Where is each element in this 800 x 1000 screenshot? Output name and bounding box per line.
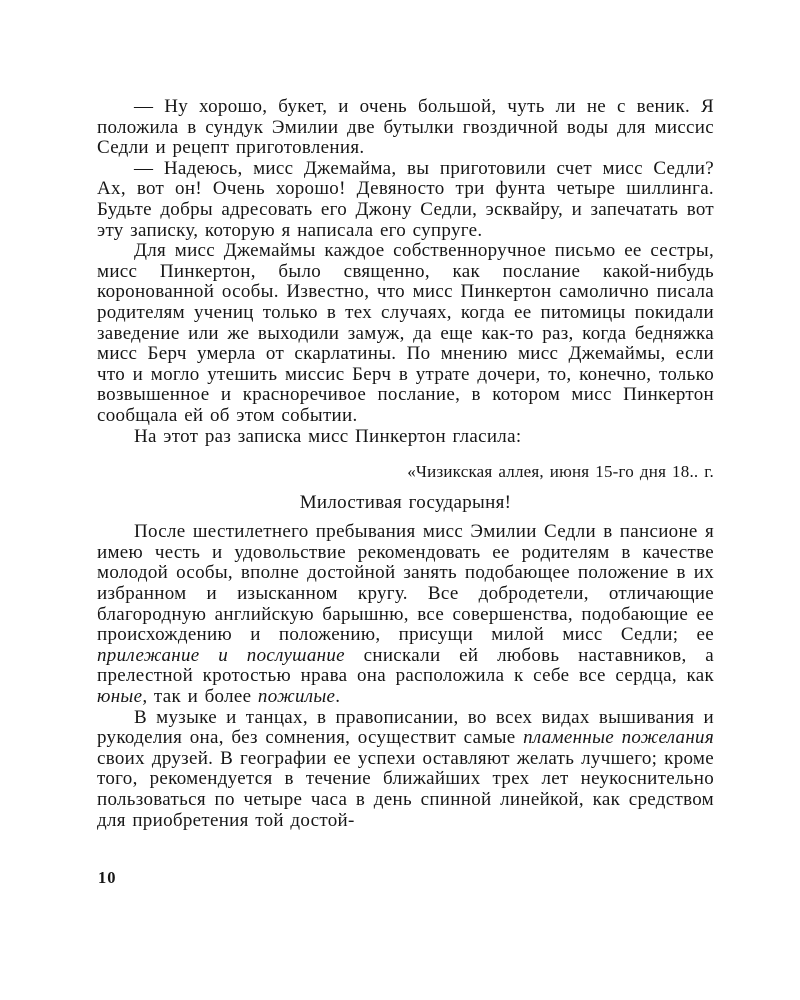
letter-salutation: Милостивая государыня! xyxy=(97,493,714,514)
dialog-paragraph-2: — Надеюсь, мисс Джемайма, вы приготовили… xyxy=(97,159,714,241)
dialog-paragraph-1: — Ну хорошо, букет, и очень большой, чут… xyxy=(97,97,714,159)
letter-paragraph-1: После шестилетнего пребывания мисс Эмили… xyxy=(97,522,714,707)
letter-italic-run: пламенные пожелания xyxy=(523,727,714,748)
narration-paragraph: Для мисс Джемаймы каждое собственноручно… xyxy=(97,241,714,426)
page-text: — Ну хорошо, букет, и очень большой, чут… xyxy=(97,97,714,831)
book-page: — Ну хорошо, букет, и очень большой, чут… xyxy=(0,0,800,1000)
letter-italic-run: юные, xyxy=(97,686,147,707)
letter-italic-run: пожилые xyxy=(258,686,335,707)
letter-text-run: своих друзей. В географии ее успехи оста… xyxy=(97,748,714,831)
letter-italic-run: прилежание и послушание xyxy=(97,645,345,666)
letter-text-run: После шестилетнего пребывания мисс Эмили… xyxy=(97,521,714,645)
narration-lead-in: На этот раз записка мисс Пинкертон гласи… xyxy=(97,427,714,448)
letter-paragraph-2: В музыке и танцах, в правописании, во вс… xyxy=(97,708,714,832)
letter-dateline: «Чизикская аллея, июня 15-го дня 18.. г. xyxy=(97,462,714,483)
letter-text-run: так и более xyxy=(147,686,258,707)
letter-text-run: . xyxy=(335,686,340,707)
page-number: 10 xyxy=(98,868,117,888)
